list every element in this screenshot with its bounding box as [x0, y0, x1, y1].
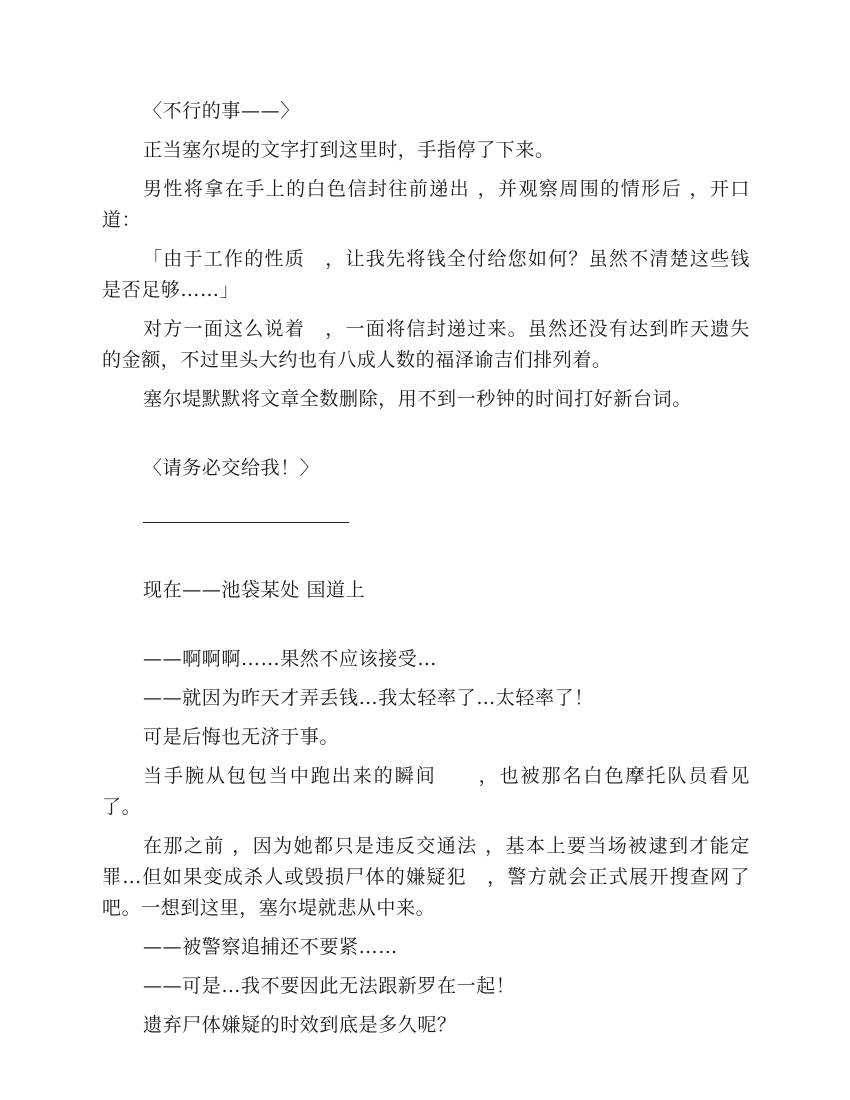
- spacer: [102, 523, 750, 553]
- paragraph-monologue: ——可是…我不要因此无法跟新罗在一起！: [102, 971, 750, 1002]
- scene-heading: 现在——池袋某处 国道上: [102, 575, 750, 606]
- spacer: [102, 423, 750, 453]
- paragraph: 当手腕从包包当中跑出来的瞬间 ，也被那名白色摩托队员看见了。: [102, 761, 750, 823]
- paragraph: 对方一面这么说着 ，一面将信封递过来。虽然还没有达到昨天遗失的金额，不过里头大约…: [102, 314, 750, 376]
- paragraph: 正当塞尔堤的文字打到这里时，手指停了下来。: [102, 135, 750, 166]
- document-page: 〈不行的事——〉 正当塞尔堤的文字打到这里时，手指停了下来。 男性将拿在手上的白…: [102, 96, 750, 1049]
- paragraph: 在那之前 ，因为她都只是违反交通法 ，基本上要当场被逮到才能定罪…但如果变成杀人…: [102, 831, 750, 924]
- paragraph-quote: 「由于工作的性质 ，让我先将钱全付给您如何？虽然不清楚这些钱是否足够……」: [102, 244, 750, 306]
- paragraph-dialogue-text: 〈不行的事——〉: [102, 96, 750, 127]
- spacer: [102, 492, 750, 522]
- paragraph-monologue: ——被警察追捕还不要紧……: [102, 932, 750, 963]
- paragraph: 塞尔堤默默将文章全数删除，用不到一秒钟的时间打好新台词。: [102, 384, 750, 415]
- paragraph: 男性将拿在手上的白色信封往前递出 ，并观察周围的情形后 ，开口道：: [102, 174, 750, 236]
- paragraph-monologue: ——啊啊啊……果然不应该接受…: [102, 644, 750, 675]
- spacer: [102, 614, 750, 644]
- spacer: [102, 553, 750, 575]
- paragraph: 可是后悔也无济于事。: [102, 722, 750, 753]
- paragraph: 遗弃尸体嫌疑的时效到底是多久呢？: [102, 1010, 750, 1041]
- paragraph-monologue: ——就因为昨天才弄丢钱…我太轻率了…太轻率了！: [102, 683, 750, 714]
- paragraph-dialogue-text: 〈请务必交给我！〉: [102, 453, 750, 484]
